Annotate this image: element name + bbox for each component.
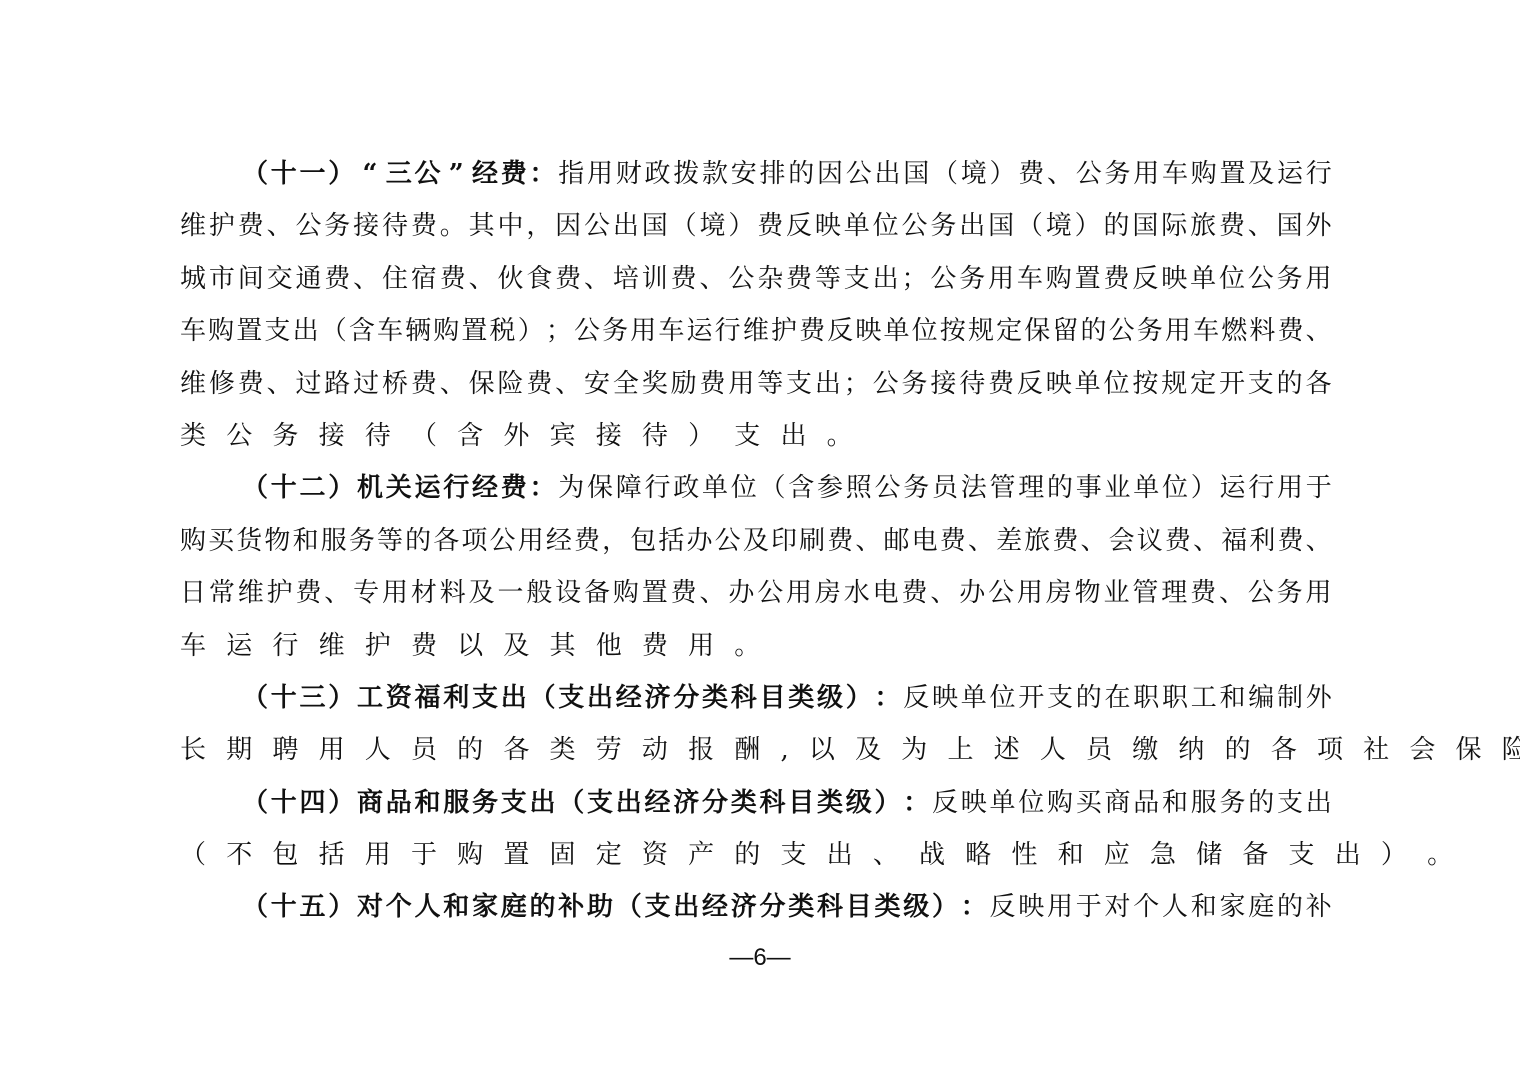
page-number: —6— [0,940,1520,976]
body-char: 接 [319,410,345,462]
body-char: ） [728,200,754,252]
body-char: 支 [1277,777,1303,829]
body-char: 法 [961,462,987,514]
body-char: 险 [497,358,523,410]
body-char: 维 [180,358,206,410]
body-char: 。 [827,410,853,462]
body-char: 用 [365,829,391,881]
body-char: 材 [411,567,437,619]
body-char: 反 [932,777,958,829]
body-char: 费 [574,515,600,567]
heading-char: 类 [817,777,843,829]
heading-char: 费 [501,462,527,514]
body-char: 外 [503,410,529,462]
body-char: 费 [671,253,697,305]
heading-char: ” [443,148,469,200]
body-char: 国 [903,148,929,200]
heading-char: 品 [386,777,412,829]
body-char: 、 [1306,305,1332,357]
body-char: 用 [1047,881,1073,933]
body-char: 出 [875,148,901,200]
text-line: 购买货物和服务等的各项公用经费，包括办公及印刷费、邮电费、差旅费、会议费、福利费… [180,515,1332,567]
heading-char: 关 [386,462,412,514]
body-char: 费 [1219,200,1245,252]
body-char: 费 [799,305,825,357]
body-char: 劳 [596,724,622,776]
text-line: 车购置支出（含车辆购置税）；公务用车运行维护费反映单位按规定保留的公务用车燃料费… [180,305,1332,357]
body-char: 映 [961,777,987,829]
body-char: 其 [469,200,495,252]
body-char: （ [932,148,958,200]
body-char: 修 [209,358,235,410]
body-char: 定 [1190,358,1216,410]
body-char: 物 [1075,567,1101,619]
body-char: 包 [272,829,298,881]
body-char: 置 [461,305,487,357]
body-char: 于 [411,829,437,881]
heading-char: 经 [472,148,498,200]
body-char: 、 [1219,567,1245,619]
body-char: 会 [1409,724,1435,776]
body-char: 费 [699,358,725,410]
body-char: 一 [497,567,523,619]
body-char: 接 [930,358,956,410]
body-char: 保 [587,462,613,514]
heading-char: 人 [415,881,441,933]
body-char: 出 [293,305,319,357]
body-char: 保 [1024,305,1050,357]
body-char: 置 [1075,253,1101,305]
body-char: 支 [264,305,290,357]
body-char: 补 [1306,881,1332,933]
heading-char: ） [932,881,958,933]
heading-char: 五 [300,881,326,933]
body-char: 、 [353,253,379,305]
body-char: 、 [555,358,581,410]
heading-char: 福 [415,672,441,724]
body-char: 性 [1011,829,1037,881]
heading-char: 目 [788,777,814,829]
body-char: 保 [1456,724,1482,776]
body-char: 车 [180,305,206,357]
body-char: 费 [440,253,466,305]
body-char: 略 [965,829,991,881]
body-char: 单 [844,200,870,252]
body-char: 映 [1046,358,1072,410]
body-char: 备 [584,567,610,619]
heading-char: （ [242,777,268,829]
body-char: 的 [1248,777,1274,829]
body-char: 员 [411,724,437,776]
body-char: 境 [1046,200,1072,252]
body-char: 单 [961,672,987,724]
body-char: 、 [930,567,956,619]
heading-char: 科 [817,881,843,933]
body-char: 位 [873,200,899,252]
body-char: 车 [1017,253,1043,305]
body-char: 护 [771,305,797,357]
body-char: 位 [990,672,1016,724]
body-char: 维 [180,200,206,252]
body-char: 务 [959,253,985,305]
body-char: 励 [671,358,697,410]
body-char: 置 [503,829,529,881]
body-char: 政 [673,462,699,514]
heading-char: 庭 [501,881,527,933]
body-char: 指 [558,148,584,200]
body-char: 留 [1052,305,1078,357]
heading-char: 机 [357,462,383,514]
heading-char: 二 [300,462,326,514]
body-char: 拨 [673,148,699,200]
body-char: 务 [349,515,375,567]
body-char: 职 [1133,672,1159,724]
paragraph-p11: （十一）“三公”经费：指用财政拨款安排的因公出国（境）费、公务用车购置及运行维护… [180,148,1332,462]
body-char: 行 [1248,462,1274,514]
heading-char: 分 [760,881,786,933]
heading-char: 出 [530,777,556,829]
body-char: 费 [1277,515,1303,567]
body-char: 护 [267,567,293,619]
body-char: 和 [1058,829,1084,881]
body-char: 购 [1047,777,1073,829]
body-char: 通 [295,253,321,305]
body-char: 映 [1018,881,1044,933]
body-char: 办 [687,515,713,567]
body-char: 单 [884,305,910,357]
body-char: 他 [596,620,622,672]
body-char: 及 [743,515,769,567]
body-char: 含 [788,462,814,514]
body-char: 用 [518,515,544,567]
body-char: 食 [526,253,552,305]
body-char: 支 [780,829,806,881]
heading-char: 支 [558,672,584,724]
body-char: 映 [855,305,881,357]
heading-char: 务 [472,777,498,829]
body-char: 各 [1306,358,1332,410]
body-char: 位 [1018,777,1044,829]
body-char: 维 [319,620,345,672]
heading-char: 一 [300,148,326,200]
heading-char: 的 [530,881,556,933]
heading-char: ） [328,462,354,514]
body-char: 规 [968,305,994,357]
body-char: 务 [602,305,628,357]
body-char: 公 [226,410,252,462]
body-char: 费 [1190,567,1216,619]
text-line: 日常维护费、专用材料及一般设备购置费、办公用房水电费、办公用房物业管理费、公务用 [180,567,1332,619]
body-char: 产 [688,829,714,881]
body-char: 行 [645,462,671,514]
heading-char: 出 [616,777,642,829]
body-char: 、 [699,567,725,619]
body-char: 置 [642,567,668,619]
body-char: 反 [786,200,812,252]
body-char: 障 [616,462,642,514]
body-char: 、 [469,253,495,305]
body-char: 务 [903,462,929,514]
body-char: 反 [1132,253,1158,305]
body-char: 购 [1046,253,1072,305]
heading-char: 和 [443,881,469,933]
heading-char: 支 [645,881,671,933]
heading-char: ： [530,148,556,200]
body-char: 训 [642,253,668,305]
body-char: 用 [688,620,714,672]
body-char: 境 [699,200,725,252]
body-char: 过 [353,358,379,410]
heading-char: 科 [760,777,786,829]
body-char: 类 [550,724,576,776]
body-char: （ [760,462,786,514]
body-char: 人 [365,724,391,776]
body-char: 用 [587,148,613,200]
body-char: 的 [1081,305,1107,357]
body-char: 位 [912,305,938,357]
body-char: 行 [272,620,298,672]
body-char: 。 [440,200,466,252]
text-line: （十四）商品和服务支出（支出经济分类科目类级）：反映单位购买商品和服务的支出 [180,777,1332,829]
heading-char: 分 [702,777,728,829]
body-char: 映 [1161,253,1187,305]
body-char: 车 [1193,305,1219,357]
body-char: 单 [990,777,1016,829]
body-char: 商 [1105,777,1131,829]
body-char: 及 [855,724,881,776]
heading-char: 利 [443,672,469,724]
text-line: 维护费、公务接待费。其中，因公出国（境）费反映单位公务出国（境）的国际旅费、国外 [180,200,1332,252]
body-char: 的 [1047,462,1073,514]
heading-char: 三 [386,148,412,200]
heading-char: ： [875,672,901,724]
body-char: 国 [642,200,668,252]
body-char: 参 [817,462,843,514]
body-char: 市 [209,253,235,305]
body-char: 述 [994,724,1020,776]
text-line: 长期聘用人员的各类劳动报酬,以及为上述人员缴纳的各项社会保险费等。 [180,724,1332,776]
body-char: 运 [1220,462,1246,514]
body-char: 、 [267,200,293,252]
body-char: 过 [295,358,321,410]
body-char: 用 [1306,253,1332,305]
body-char: 为 [558,462,584,514]
body-char: 员 [1086,724,1112,776]
body-char: 位 [1104,358,1130,410]
body-char: 款 [702,148,728,200]
body-char: 间 [238,253,264,305]
heading-char: 对 [357,881,383,933]
body-char: 用 [319,724,345,776]
body-char: 等 [757,358,783,410]
body-char: 。 [734,620,760,672]
heading-char: 十 [271,462,297,514]
heading-char: ） [875,777,901,829]
body-char: 单 [1190,253,1216,305]
body-char: 电 [873,567,899,619]
body-char: 等 [377,515,403,567]
body-char: 专 [353,567,379,619]
body-char: 在 [1105,672,1131,724]
heading-char: ） [846,672,872,724]
body-char: 公 [875,462,901,514]
body-char: 宿 [411,253,437,305]
body-char: 护 [209,200,235,252]
body-char: 映 [815,200,841,252]
heading-char: 支 [587,777,613,829]
body-char: 的 [788,148,814,200]
body-char: 费 [295,567,321,619]
body-char: 括 [319,829,345,881]
body-char: 于 [1306,462,1332,514]
body-char: 公 [901,200,927,252]
heading-char: ） [328,672,354,724]
body-char: 期 [226,724,252,776]
body-char: 用 [1017,567,1043,619]
body-char: 和 [1162,777,1188,829]
body-char: 公 [873,358,899,410]
body-char: 公 [1076,148,1102,200]
text-line: 城市间交通费、住宿费、伙食费、培训费、公杂费等支出；公务用车购置费反映单位公务用 [180,253,1332,305]
body-char: 房 [1046,567,1072,619]
body-char: 酬 [734,724,760,776]
heading-char: 科 [731,672,757,724]
body-char: 、 [855,515,881,567]
body-char: 费 [1018,148,1044,200]
heading-char: 服 [443,777,469,829]
body-char: 项 [461,515,487,567]
body-char: 急 [1150,829,1176,881]
body-char: 、 [1081,515,1107,567]
body-char: 动 [642,724,668,776]
body-char: 货 [236,515,262,567]
body-char: 排 [760,148,786,200]
body-char: 公 [1248,567,1274,619]
heading-char: ： [961,881,987,933]
heading-char: “ [357,148,383,200]
body-char: 人 [1040,724,1066,776]
body-char: 、 [267,358,293,410]
body-char: 管 [990,462,1016,514]
body-char: 奖 [642,358,668,410]
heading-char: 支 [472,672,498,724]
heading-char: 十 [271,672,297,724]
body-char: 不 [226,829,252,881]
body-char: 因 [817,148,843,200]
body-char: 公 [715,515,741,567]
body-char: 于 [1076,881,1102,933]
body-char: 报 [688,724,714,776]
body-char: 国 [988,200,1014,252]
body-text: （十一）“三公”经费：指用财政拨款安排的因公出国（境）费、公务用车购置及运行维护… [180,148,1332,934]
body-char: 开 [1219,358,1245,410]
body-char: 杂 [757,253,783,305]
body-char: 用 [728,358,754,410]
body-char: 费 [526,358,552,410]
body-char: 刷 [799,515,825,567]
body-char: 务 [901,358,927,410]
paragraph-p13: （十三）工资福利支出（支出经济分类科目类级）：反映单位开支的在职职工和编制外长期… [180,672,1332,777]
body-char: 出 [815,358,841,410]
body-char: 务 [1220,777,1246,829]
body-char: , [780,724,788,776]
heading-char: 个 [386,881,412,933]
body-char: 务 [1277,567,1303,619]
body-char: 出 [959,200,985,252]
body-char: 路 [324,358,350,410]
body-char: 各 [1271,724,1297,776]
body-char: 包 [630,515,656,567]
heading-char: 工 [357,672,383,724]
body-char: 照 [846,462,872,514]
body-char: 位 [1162,462,1188,514]
heading-char: 级 [846,777,872,829]
body-char: 城 [180,253,206,305]
heading-char: ： [903,777,929,829]
body-char: 险 [1502,724,1520,776]
body-char: 常 [209,567,235,619]
body-char: 邮 [884,515,910,567]
body-char: 位 [1219,253,1245,305]
body-char: 料 [1249,305,1275,357]
heading-char: 分 [673,672,699,724]
body-char: 和 [1191,881,1217,933]
body-char: 、 [873,829,899,881]
body-char: （ [671,200,697,252]
body-char: 的 [457,724,483,776]
heading-char: 济 [673,777,699,829]
body-char: 储 [1196,829,1222,881]
heading-char: 类 [731,777,757,829]
body-char: 宾 [550,410,576,462]
body-char: 务 [930,200,956,252]
body-char: 、 [324,567,350,619]
heading-char: 十 [271,148,297,200]
heading-char: 类 [788,881,814,933]
body-char: 个 [1133,881,1159,933]
body-char: 定 [596,829,622,881]
body-char: 福 [1221,515,1247,567]
body-char: 费 [411,200,437,252]
body-char: 、 [1306,515,1332,567]
body-char: 资 [642,829,668,881]
body-char: 等 [815,253,841,305]
body-char: 用 [988,253,1014,305]
body-char: 公 [295,200,321,252]
body-char: 职 [1162,672,1188,724]
body-char: ） [1075,200,1101,252]
body-char: 交 [267,253,293,305]
heading-char: 十 [271,881,297,933]
body-char: 中 [497,200,523,252]
body-char: 费 [901,567,927,619]
body-char: 费 [827,515,853,567]
body-char: 务 [1137,305,1163,357]
body-char: 战 [919,829,945,881]
body-char: 单 [1075,358,1101,410]
body-char: 出 [613,200,639,252]
body-char: ） [990,148,1016,200]
body-char: 外 [1306,200,1332,252]
heading-char: 运 [415,462,441,514]
body-char: 费 [238,358,264,410]
body-char: 利 [1249,515,1275,567]
text-line: 维修费、过路过桥费、保险费、安全奖励费用等支出；公务接待费反映单位按规定开支的各 [180,358,1332,410]
text-line: （十二）机关运行经费：为保障行政单位（含参照公务员法管理的事业单位）运行用于 [180,462,1332,514]
body-char: 会 [1109,515,1135,567]
body-char: 全 [613,358,639,410]
heading-char: 经 [616,672,642,724]
